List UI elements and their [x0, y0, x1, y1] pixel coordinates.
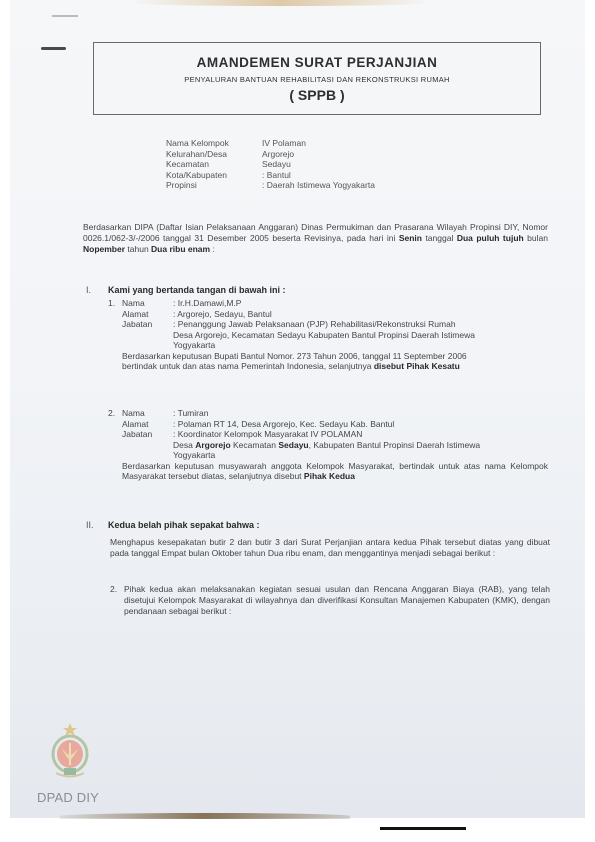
section-heading-1: I.Kami yang bertanda tangan di bawah ini…: [86, 285, 286, 295]
page-rule: [380, 827, 466, 830]
watermark: [36, 723, 106, 781]
page-bottom-edge: [60, 813, 350, 819]
watermark-text: DPAD DIY: [37, 790, 99, 805]
amendment-paragraph: Menghapus kesepakatan butir 2 dan butir …: [110, 537, 550, 559]
info-row: Nama KelompokIV Polaman: [166, 138, 375, 149]
party-first: 1.Nama: Ir.H.Damawi,M.P Alamat: Argorejo…: [108, 298, 548, 372]
info-row: Propinsi: Daerah Istimewa Yogyakarta: [166, 180, 375, 191]
party-second: 2.Nama: Tumiran Alamat: Polaman RT 14, D…: [108, 408, 548, 482]
document-code: ( SPPB ): [94, 87, 540, 103]
amendment-item: 2. Pihak kedua akan melaksanakan kegiata…: [110, 584, 550, 617]
provincial-emblem-icon: [50, 723, 90, 781]
info-row: Kota/Kabupaten: Bantul: [166, 170, 375, 181]
info-row: KecamatanSedayu: [166, 159, 375, 170]
scan-mark: [52, 15, 78, 17]
info-row: Kelurahan/DesaArgorejo: [166, 149, 375, 160]
group-info: Nama KelompokIV Polaman Kelurahan/DesaAr…: [166, 138, 375, 191]
page-shadow: [130, 0, 430, 6]
document-subtitle: PENYALURAN BANTUAN REHABILITASI DAN REKO…: [94, 75, 540, 84]
intro-paragraph: Berdasarkan DIPA (Daftar Isian Pelaksana…: [83, 222, 548, 255]
margin-dash: [41, 47, 66, 50]
title-box: AMANDEMEN SURAT PERJANJIAN PENYALURAN BA…: [93, 42, 541, 115]
document-title: AMANDEMEN SURAT PERJANJIAN: [94, 55, 540, 70]
section-heading-2: II.Kedua belah pihak sepakat bahwa :: [86, 520, 260, 530]
